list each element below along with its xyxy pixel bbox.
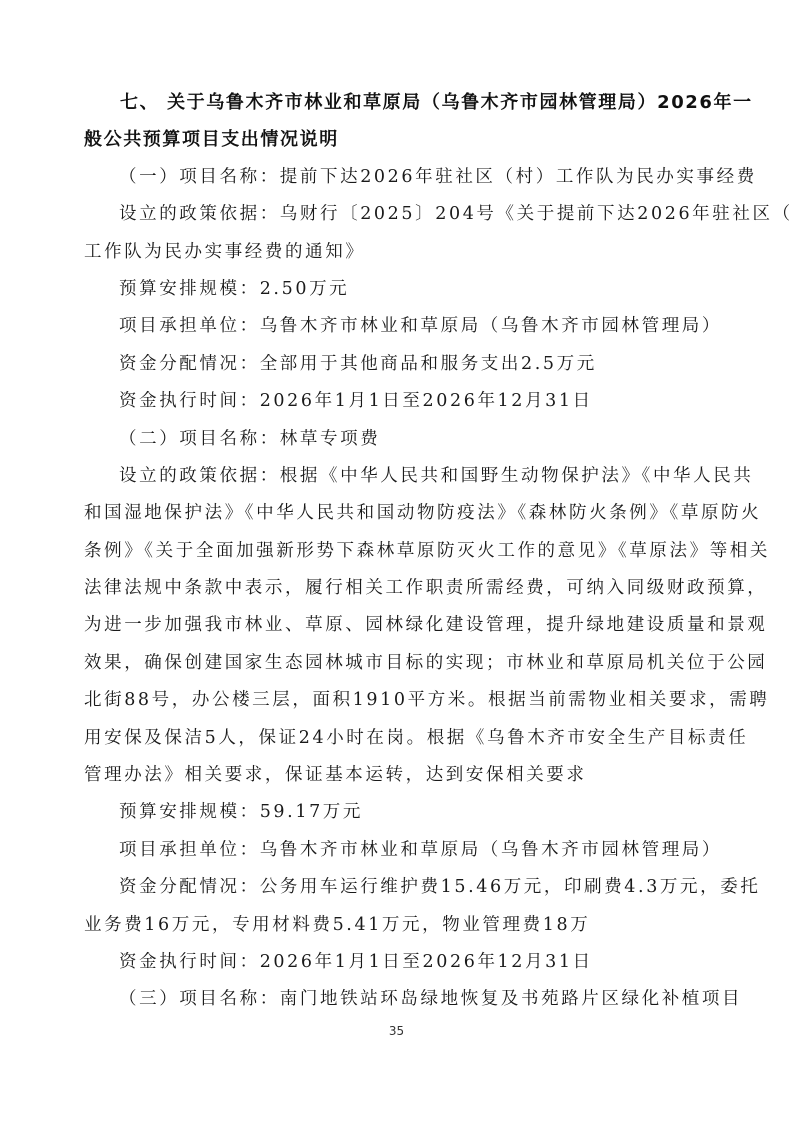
- project-2-policy-line: 效果，确保创建国家生态园林城市目标的实现；市林业和草原局机关位于公园: [84, 645, 706, 682]
- section-heading-line-2: 般公共预算项目支出情况说明: [84, 121, 706, 158]
- document-page: 七、 关于乌鲁木齐市林业和草原局（乌鲁木齐市园林管理局）2026年一 般公共预算…: [0, 0, 793, 1122]
- project-2-name: （二）项目名称：林草专项费: [84, 421, 706, 458]
- project-2-period: 资金执行时间：2026年1月1日至2026年12月31日: [84, 944, 706, 981]
- page-content: 七、 关于乌鲁木齐市林业和草原局（乌鲁木齐市园林管理局）2026年一 般公共预算…: [84, 84, 706, 1019]
- project-1-unit: 项目承担单位：乌鲁木齐市林业和草原局（乌鲁木齐市园林管理局）: [84, 308, 706, 345]
- project-2-policy-line: 北街88号，办公楼三层，面积1910平方米。根据当前需物业相关要求，需聘: [84, 682, 706, 719]
- project-3-name: （三）项目名称：南门地铁站环岛绿地恢复及书苑路片区绿化补植项目: [84, 981, 706, 1018]
- project-2-policy-line: 法律法规中条款中表示，履行相关工作职责所需经费，可纳入同级财政预算，: [84, 570, 706, 607]
- project-2-policy-line: 和国湿地保护法》《中华人民共和国动物防疫法》《森林防火条例》《草原防火: [84, 495, 706, 532]
- project-2-unit: 项目承担单位：乌鲁木齐市林业和草原局（乌鲁木齐市园林管理局）: [84, 832, 706, 869]
- project-1-policy-line: 工作队为民办实事经费的通知》: [84, 234, 706, 271]
- project-2-policy-line: 用安保及保洁5人，保证24小时在岗。根据《乌鲁木齐市安全生产目标责任: [84, 720, 706, 757]
- project-1-allocation: 资金分配情况：全部用于其他商品和服务支出2.5万元: [84, 346, 706, 383]
- page-number: 35: [0, 1024, 793, 1038]
- project-2-policy-line: 设立的政策依据：根据《中华人民共和国野生动物保护法》《中华人民共: [84, 458, 706, 495]
- project-1-period: 资金执行时间：2026年1月1日至2026年12月31日: [84, 383, 706, 420]
- project-2-policy-line: 管理办法》相关要求，保证基本运转，达到安保相关要求: [84, 757, 706, 794]
- project-1-name: （一）项目名称：提前下达2026年驻社区（村）工作队为民办实事经费: [84, 159, 706, 196]
- project-2-allocation-line: 资金分配情况：公务用车运行维护费15.46万元，印刷费4.3万元，委托: [84, 869, 706, 906]
- project-2-budget: 预算安排规模：59.17万元: [84, 794, 706, 831]
- project-2-allocation-line: 业务费16万元，专用材料费5.41万元，物业管理费18万: [84, 907, 706, 944]
- project-2-policy-line: 条例》《关于全面加强新形势下森林草原防灭火工作的意见》《草原法》等相关: [84, 533, 706, 570]
- section-heading-line-1: 七、 关于乌鲁木齐市林业和草原局（乌鲁木齐市园林管理局）2026年一: [84, 84, 706, 121]
- project-1-budget: 预算安排规模：2.50万元: [84, 271, 706, 308]
- project-1-policy-line: 设立的政策依据：乌财行〔2025〕204号《关于提前下达2026年驻社区（村）: [84, 196, 706, 233]
- project-2-policy-line: 为进一步加强我市林业、草原、园林绿化建设管理，提升绿地建设质量和景观: [84, 607, 706, 644]
